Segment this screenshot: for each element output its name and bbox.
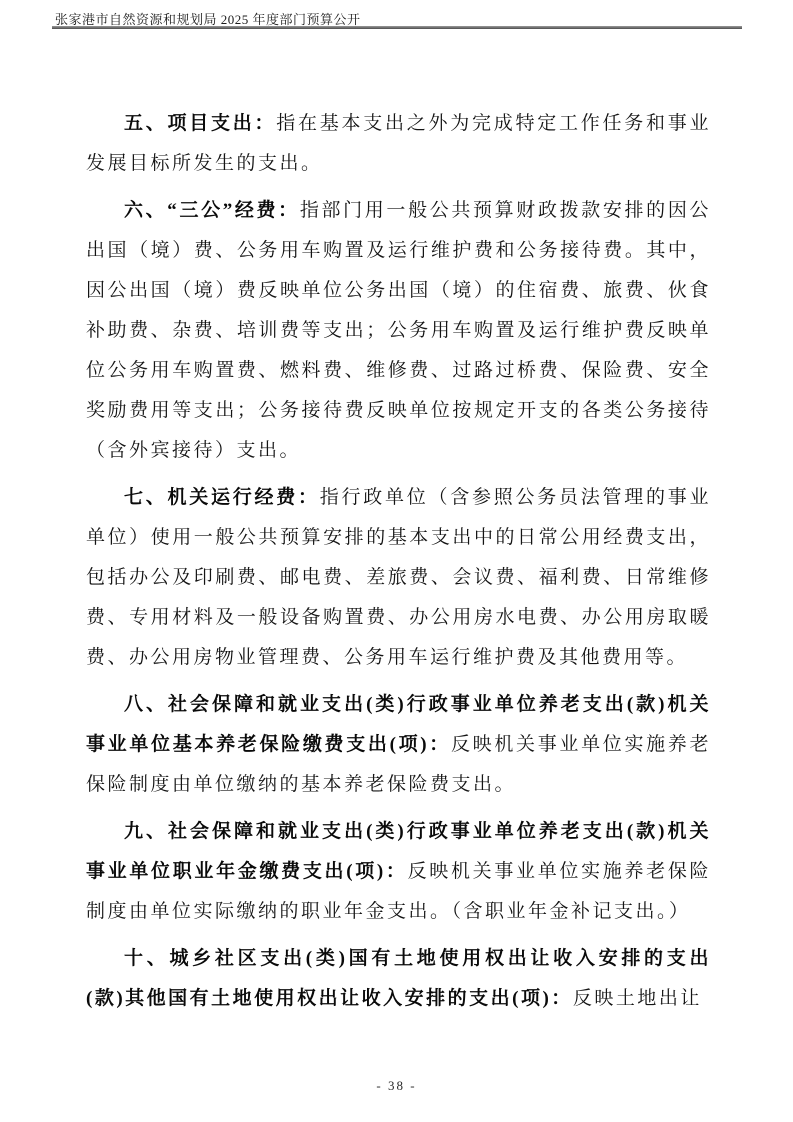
paragraph: 八、社会保障和就业支出(类)行政事业单位养老支出(款)机关事业单位基本养老保险缴… <box>86 685 711 805</box>
paragraph: 十、城乡社区支出(类)国有土地使用权出让收入安排的支出(款)其他国有土地使用权出… <box>86 939 711 1019</box>
paragraph: 七、机关运行经费：指行政单位（含参照公务员法管理的事业单位）使用一般公共预算安排… <box>86 478 711 678</box>
document-body: 五、项目支出：指在基本支出之外为完成特定工作任务和事业发展目标所发生的支出。 六… <box>86 104 711 1026</box>
paragraph-lead: 七、机关运行经费： <box>124 487 320 508</box>
paragraph-lead: 五、项目支出： <box>124 113 276 134</box>
page-footer: - 38 - <box>0 1078 793 1094</box>
paragraph-lead: 六、“三公”经费： <box>124 200 300 221</box>
document-page: 张家港市自然资源和规划局 2025 年度部门预算公开 五、项目支出：指在基本支出… <box>0 0 793 1122</box>
paragraph: 六、“三公”经费：指部门用一般公共预算财政拨款安排的因公出国（境）费、公务用车购… <box>86 191 711 471</box>
paragraph-text: 指部门用一般公共预算财政拨款安排的因公出国（境）费、公务用车购置及运行维护费和公… <box>86 200 711 461</box>
paragraph: 九、社会保障和就业支出(类)行政事业单位养老支出(款)机关事业单位职业年金缴费支… <box>86 812 711 932</box>
paragraph-text: 反映土地出让 <box>573 988 702 1009</box>
header-rule <box>52 26 742 29</box>
paragraph: 五、项目支出：指在基本支出之外为完成特定工作任务和事业发展目标所发生的支出。 <box>86 104 711 184</box>
page-number: - 38 - <box>376 1078 416 1093</box>
paragraph-text: 指行政单位（含参照公务员法管理的事业单位）使用一般公共预算安排的基本支出中的日常… <box>86 487 711 668</box>
